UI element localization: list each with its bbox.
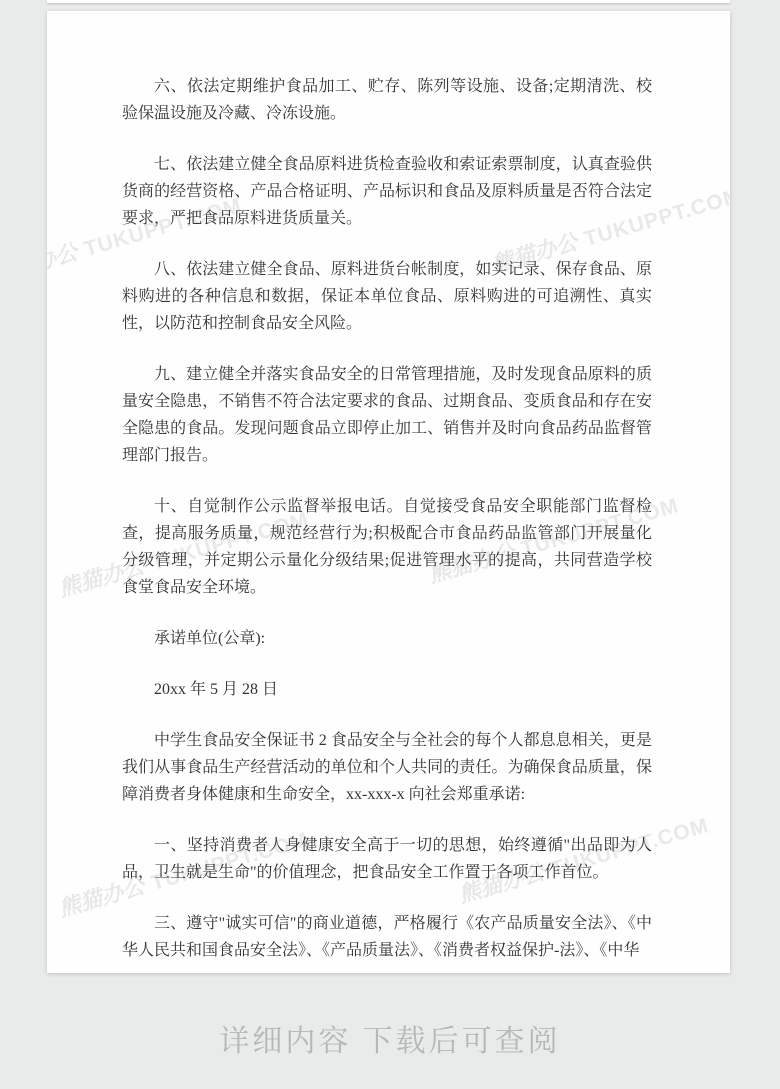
doc-paragraph-section2-item1: 一、坚持消费者人身健康安全高于一切的思想，始终遵循"出品即为人品，卫生就是生命"… bbox=[122, 832, 652, 886]
doc-paragraph-date: 20xx 年 5 月 28 日 bbox=[122, 676, 652, 703]
doc-paragraph-item8: 八、依法建立健全食品、原料进货台帐制度，如实记录、保存食品、原料购进的各种信息和… bbox=[122, 256, 652, 337]
doc-paragraph-section2-intro: 中学生食品安全保证书 2 食品安全与全社会的每个人都息息相关，更是我们从事食品生… bbox=[122, 727, 652, 808]
document-page: 熊猫办公TUKUPPT.COM 熊猫办公TUKUPPT.COM 熊猫办公TUKU… bbox=[47, 11, 730, 973]
doc-paragraph-item6: 六、依法定期维护食品加工、贮存、陈列等设施、设备;定期清洗、校验保温设施及冷藏、… bbox=[122, 73, 652, 127]
doc-paragraph-signature: 承诺单位(公章): bbox=[122, 625, 652, 652]
doc-paragraph-item10: 十、自觉制作公示监督举报电话。自觉接受食品安全职能部门监督检查，提高服务质量，规… bbox=[122, 493, 652, 601]
document-preview-screen: 熊猫办公TUKUPPT.COM 熊猫办公TUKUPPT.COM 熊猫办公TUKU… bbox=[0, 0, 780, 1089]
doc-paragraph-section2-item3: 三、遵守"诚实可信"的商业道德，严格履行《农产品质量安全法》、《中华人民共和国食… bbox=[122, 910, 652, 964]
preview-footer-caption: 详细内容 下载后可查阅 bbox=[0, 1016, 780, 1060]
watermark-brand-text: 熊猫办公 bbox=[47, 239, 80, 287]
previous-page-bottom-edge bbox=[47, 0, 730, 3]
document-body: 六、依法定期维护食品加工、贮存、陈列等设施、设备;定期清洗、校验保温设施及冷藏、… bbox=[122, 73, 652, 964]
doc-paragraph-item9: 九、建立健全并落实食品安全的日常管理措施，及时发现食品原料的质量安全隐患，不销售… bbox=[122, 361, 652, 469]
doc-paragraph-item7: 七、依法建立健全食品原料进货检查验收和索证索票制度，认真查验供货商的经营资格、产… bbox=[122, 151, 652, 232]
